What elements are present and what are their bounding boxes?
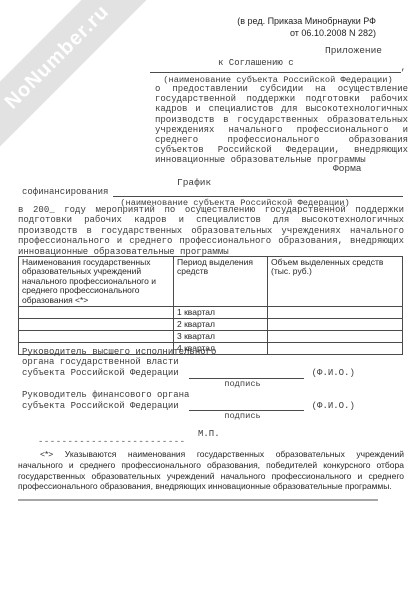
edition-note-line1: (в ред. Приказа Минобрнауки РФ xyxy=(237,16,376,28)
document-page: NoNumber.ru (в ред. Приказа Минобрнауки … xyxy=(0,0,420,600)
cofinancing-line: софинансирования xyxy=(22,186,403,197)
cell-amount xyxy=(268,319,403,331)
signature-caption: подпись xyxy=(185,379,300,389)
signature-title-line: Руководитель финансового органа xyxy=(22,390,402,400)
signature-title-line: субъекта Российской Федерации xyxy=(22,401,179,411)
signature-block-finance: Руководитель финансового органа субъекта… xyxy=(22,390,402,411)
table-row: 1 квартал xyxy=(19,307,403,319)
appendix-label: Приложение xyxy=(325,45,382,56)
blank-underline xyxy=(150,62,401,73)
footnote-divider: ------------------------- xyxy=(38,437,186,447)
cell-period: 1 квартал xyxy=(174,307,268,319)
form-label: Форма xyxy=(333,163,362,174)
cofinancing-table: Наименования государственных образовател… xyxy=(18,256,403,355)
fio-label: (Ф.И.О.) xyxy=(312,368,355,378)
cell-amount xyxy=(268,331,403,343)
cell-institution xyxy=(19,307,174,319)
cell-institution xyxy=(19,319,174,331)
table-header-row: Наименования государственных образовател… xyxy=(19,257,403,307)
signature-title-line: органа государственной власти xyxy=(22,357,402,367)
fio-label: (Ф.И.О.) xyxy=(312,401,355,411)
blank-comma: , xyxy=(401,63,406,73)
signature-row: субъекта Российской Федерации (Ф.И.О.) xyxy=(22,400,402,411)
col-header-institutions: Наименования государственных образовател… xyxy=(19,257,174,307)
cell-period: 2 квартал xyxy=(174,319,268,331)
agreement-blank-line: , xyxy=(150,62,406,73)
cell-amount xyxy=(268,307,403,319)
signature-underline xyxy=(189,368,304,379)
cofinancing-label: софинансирования xyxy=(22,187,108,197)
signature-row: субъекта Российской Федерации (Ф.И.О.) xyxy=(22,368,402,379)
signature-title-line: Руководитель высшего исполнительного xyxy=(22,347,402,357)
table-row: 2 квартал xyxy=(19,319,403,331)
cell-period: 3 квартал xyxy=(174,331,268,343)
signature-caption: подпись xyxy=(185,411,300,421)
col-header-amount: Объем выделенных средств (тыс. руб.) xyxy=(268,257,403,307)
signature-underline xyxy=(189,400,304,411)
document-content: (в ред. Приказа Минобрнауки РФ от 06.10.… xyxy=(0,0,420,600)
col-header-period: Период выделения средств xyxy=(174,257,268,307)
cell-institution xyxy=(19,331,174,343)
stamp-place-label: М.П. xyxy=(198,429,220,439)
table-row: 3 квартал xyxy=(19,331,403,343)
edition-note: (в ред. Приказа Минобрнауки РФ от 06.10.… xyxy=(237,16,376,39)
bottom-divider xyxy=(18,499,378,501)
footnote-text: <*> Указываются наименования государстве… xyxy=(18,449,404,492)
cofinancing-blank-underline xyxy=(113,186,403,197)
schedule-intro-paragraph: в 200_ году мероприятий по осуществлению… xyxy=(18,205,404,257)
signature-title-line: субъекта Российской Федерации xyxy=(22,368,179,378)
edition-note-line2: от 06.10.2008 N 282) xyxy=(237,28,376,40)
signature-block-executive: Руководитель высшего исполнительного орг… xyxy=(22,347,402,379)
about-paragraph: о предоставлении субсидии на осуществлен… xyxy=(155,84,408,166)
